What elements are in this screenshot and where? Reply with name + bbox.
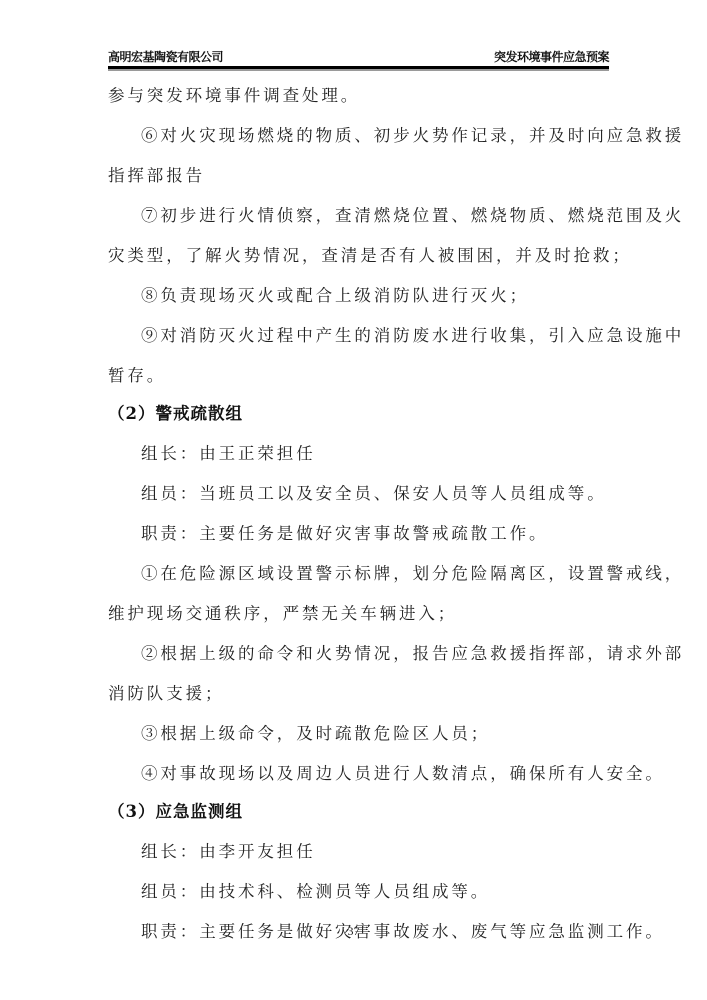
header-document-title: 突发环境事件应急预案 <box>494 50 609 64</box>
list-item: ①在危险源区域设置警示标牌，划分危险隔离区，设置警戒线， <box>141 562 684 586</box>
body-line: 消防队支援； <box>108 682 224 706</box>
header-rule-shadow <box>108 69 609 71</box>
list-item: 组员：由技术科、检测员等人员组成等。 <box>141 880 490 904</box>
list-item: ⑧负责现场灭火或配合上级消防队进行灭火； <box>141 284 529 308</box>
list-item: ③根据上级命令，及时疏散危险区人员； <box>141 722 490 746</box>
header-company-name: 高明宏基陶瓷有限公司 <box>108 50 223 64</box>
list-item: ⑨对消防灭火过程中产生的消防废水进行收集，引入应急设施中 <box>141 324 684 348</box>
body-line: 指挥部报告 <box>108 164 205 188</box>
list-item: ②根据上级的命令和火势情况，报告应急救援指挥部，请求外部 <box>141 642 684 666</box>
page-number: 37 <box>0 924 707 939</box>
body-line: 维护现场交通秩序，严禁无关车辆进入； <box>108 602 457 626</box>
page-header: 高明宏基陶瓷有限公司 突发环境事件应急预案 <box>108 50 609 64</box>
list-item: 职责：主要任务是做好灾害事故警戒疏散工作。 <box>141 522 548 546</box>
section-heading-monitoring: （3）应急监测组 <box>108 800 243 824</box>
list-item: 组长：由王正荣担任 <box>141 442 316 466</box>
body-line: 参与突发环境事件调查处理。 <box>108 84 360 108</box>
section-heading-evacuation: （2）警戒疏散组 <box>108 402 243 426</box>
list-item: ④对事故现场以及周边人员进行人数清点，确保所有人安全。 <box>141 762 665 786</box>
list-item: ⑥对火灾现场燃烧的物质、初步火势作记录，并及时向应急救援 <box>141 124 684 148</box>
body-line: 灾类型，了解火势情况，查清是否有人被围困，并及时抢救； <box>108 244 632 268</box>
list-item: 组员：当班员工以及安全员、保安人员等人员组成等。 <box>141 482 607 506</box>
list-item: 组长：由李开友担任 <box>141 840 316 864</box>
list-item: ⑦初步进行火情侦察，查清燃烧位置、燃烧物质、燃烧范围及火 <box>141 204 684 228</box>
body-line: 暂存。 <box>108 364 166 388</box>
